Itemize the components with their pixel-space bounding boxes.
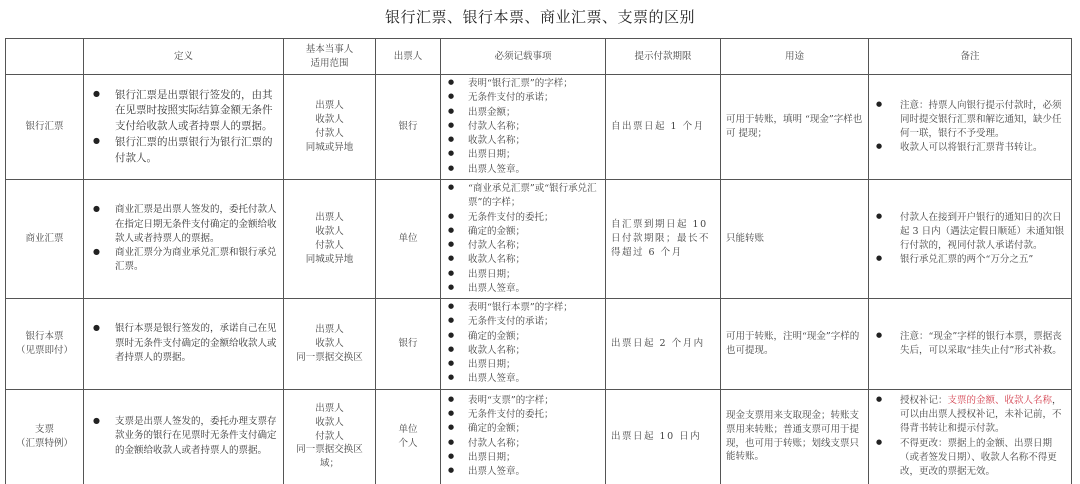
- required-item: 无条件支付的承诺；: [446, 315, 600, 329]
- required-item: 付款人名称；: [446, 239, 600, 253]
- header-drawer: 出票人: [376, 39, 441, 75]
- header-usage: 用途: [721, 39, 869, 75]
- table-row-commercial-draft: 商业汇票 商业汇票是出票人签发的，委托付款人在指定日期无条件支付确定的金额给收款…: [6, 180, 1072, 299]
- required-item: 出票日期；: [446, 451, 600, 465]
- period-cell: 出票日起 2 个月内: [606, 299, 721, 390]
- definition-item: 支票是出票人签发的，委托办理支票存款业务的银行在见票时无条件支付确定的金额给收款…: [89, 415, 278, 458]
- required-item: 收款人名称；: [446, 134, 600, 148]
- row-name-cell: 商业汇票: [6, 180, 84, 299]
- definition-cell: 支票是出票人签发的，委托办理支票存款业务的银行在见票时无条件支付确定的金额给收款…: [84, 389, 284, 484]
- required-item: 确定的金额；: [446, 422, 600, 436]
- definition-cell: 商业汇票是出票人签发的，委托付款人在指定日期无条件支付确定的金额给收款人或者持票…: [84, 180, 284, 299]
- required-cell: “商业承兑汇票”或“银行承兑汇票”的字样； 无条件支付的委托； 确定的金额； 付…: [441, 180, 606, 299]
- definition-item: 商业汇票分为商业承兑汇票和银行承兑汇票。: [89, 246, 278, 275]
- required-item: 出票金额；: [446, 106, 600, 120]
- table-row-cashier-check: 银行本票 （见票即付） 银行本票是银行签发的，承诺自己在见票时无条件支付确定的金…: [6, 299, 1072, 390]
- usage-cell: 可用于转账，填明 “现金”字样也可 提现；: [721, 75, 869, 180]
- table-row-bank-draft: 银行汇票 银行汇票是出票银行签发的，由其在见票时按照实际结算金额无条件支付给收款…: [6, 75, 1072, 180]
- required-item: 无条件支付的委托；: [446, 408, 600, 422]
- note-item: 收款人可以将银行汇票背书转让。: [874, 141, 1066, 155]
- parties-cell: 出票人 收款人 付款人 同一票据交换区域；: [284, 389, 376, 484]
- notes-cell: 授权补记：支票的金额、收款人名称，可以由出票人授权补记，未补记前，不得背书转让和…: [869, 389, 1072, 484]
- drawer-cell: 单位 个人: [376, 389, 441, 484]
- required-cell: 表明“银行汇票”的字样； 无条件支付的承诺； 出票金额； 付款人名称； 收款人名…: [441, 75, 606, 180]
- page-title: 银行汇票、银行本票、商业汇票、支票的区别: [0, 6, 1080, 27]
- note-item: 付款人在接到开户银行的通知日的次日起 3 日内（遇法定假日顺延）未通知银行付款的…: [874, 211, 1066, 254]
- definition-item: 商业汇票是出票人签发的，委托付款人在指定日期无条件支付确定的金额给收款人或者持票…: [89, 203, 278, 246]
- definition-item: 银行本票是银行签发的，承诺自己在见票时无条件支付确定的金额给收款人或者持票人的票…: [89, 322, 278, 365]
- required-item: 表明“支票”的字样；: [446, 394, 600, 408]
- row-name-cell: 银行本票 （见票即付）: [6, 299, 84, 390]
- required-item: 收款人名称；: [446, 344, 600, 358]
- usage-cell: 只能转账: [721, 180, 869, 299]
- required-item: 付款人名称；: [446, 437, 600, 451]
- notes-cell: 付款人在接到开户银行的通知日的次日起 3 日内（遇法定假日顺延）未通知银行付款的…: [869, 180, 1072, 299]
- period-cell: 自汇票到期日起 10 日付款期限；最长不得超过 6 个月: [606, 180, 721, 299]
- drawer-cell: 银行: [376, 299, 441, 390]
- period-cell: 出票日起 10 日内: [606, 389, 721, 484]
- comparison-table: 定义 基本当事人适用范围 出票人 必须记载事项 提示付款期限 用途 备注 银行汇…: [5, 38, 1072, 484]
- required-item: “商业承兑汇票”或“银行承兑汇票”的字样；: [446, 182, 600, 211]
- parties-cell: 出票人 收款人 同一票据交换区: [284, 299, 376, 390]
- required-item: 出票日期；: [446, 268, 600, 282]
- table-row-check: 支票 （汇票特例） 支票是出票人签发的，委托办理支票存款业务的银行在见票时无条件…: [6, 389, 1072, 484]
- parties-cell: 出票人 收款人 付款人 同城或异地: [284, 75, 376, 180]
- required-item: 表明“银行本票”的字样；: [446, 301, 600, 315]
- definition-cell: 银行汇票是出票银行签发的，由其在见票时按照实际结算金额无条件支付给收款人或者持票…: [84, 75, 284, 180]
- usage-cell: 可用于转账，注明“现金”字样的也可提现。: [721, 299, 869, 390]
- notes-cell: 注意：“现金”字样的银行本票，票据丧失后，可以采取“挂失止付”形式补救。: [869, 299, 1072, 390]
- required-item: 出票人签章。: [446, 372, 600, 386]
- required-item: 出票日期；: [446, 148, 600, 162]
- required-item: 出票人签章。: [446, 465, 600, 479]
- usage-cell: 现金支票用来支取现金；转账支票用来转账；普通支票可用于提现，也可用于转账；划线支…: [721, 389, 869, 484]
- required-item: 收款人名称；: [446, 253, 600, 267]
- required-item: 确定的金额；: [446, 330, 600, 344]
- note-item: 不得更改：票据上的金额、出票日期（或者签发日期）、收款人名称不得更改，更改的票据…: [874, 437, 1066, 480]
- required-item: 无条件支付的委托；: [446, 211, 600, 225]
- note-item: 授权补记：支票的金额、收款人名称，可以由出票人授权补记，未补记前，不得背书转让和…: [874, 394, 1066, 437]
- row-name-cell: 支票 （汇票特例）: [6, 389, 84, 484]
- required-item: 表明“银行汇票”的字样；: [446, 77, 600, 91]
- header-required: 必须记载事项: [441, 39, 606, 75]
- required-item: 付款人名称；: [446, 120, 600, 134]
- definition-item: 银行汇票是出票银行签发的，由其在见票时按照实际结算金额无条件支付给收款人或者持票…: [89, 88, 278, 135]
- header-parties: 基本当事人适用范围: [284, 39, 376, 75]
- drawer-cell: 单位: [376, 180, 441, 299]
- required-cell: 表明“支票”的字样； 无条件支付的委托； 确定的金额； 付款人名称； 出票日期；…: [441, 389, 606, 484]
- required-item: 无条件支付的承诺；: [446, 91, 600, 105]
- required-item: 确定的金额；: [446, 225, 600, 239]
- definition-cell: 银行本票是银行签发的，承诺自己在见票时无条件支付确定的金额给收款人或者持票人的票…: [84, 299, 284, 390]
- definition-item: 银行汇票的出票银行为银行汇票的付款人。: [89, 135, 278, 167]
- header-period: 提示付款期限: [606, 39, 721, 75]
- header-definition: 定义: [84, 39, 284, 75]
- note-item: 银行承兑汇票的两个“万分之五”: [874, 253, 1066, 267]
- notes-cell: 注意：持票人向银行提示付款时，必须同时提交银行汇票和解讫通知，缺少任何一联，银行…: [869, 75, 1072, 180]
- parties-cell: 出票人 收款人 付款人 同城或异地: [284, 180, 376, 299]
- required-item: 出票日期；: [446, 358, 600, 372]
- header-notes: 备注: [869, 39, 1072, 75]
- header-blank: [6, 39, 84, 75]
- required-item: 出票人签章。: [446, 163, 600, 177]
- header-row: 定义 基本当事人适用范围 出票人 必须记载事项 提示付款期限 用途 备注: [6, 39, 1072, 75]
- row-name-cell: 银行汇票: [6, 75, 84, 180]
- note-item: 注意：“现金”字样的银行本票，票据丧失后，可以采取“挂失止付”形式补救。: [874, 330, 1066, 359]
- required-cell: 表明“银行本票”的字样； 无条件支付的承诺； 确定的金额； 收款人名称； 出票日…: [441, 299, 606, 390]
- period-cell: 自出票日起 1 个月: [606, 75, 721, 180]
- highlighted-text: 支票的金额、收款人名称: [948, 395, 1053, 406]
- required-item: 出票人签章。: [446, 282, 600, 296]
- drawer-cell: 银行: [376, 75, 441, 180]
- note-item: 注意：持票人向银行提示付款时，必须同时提交银行汇票和解讫通知，缺少任何一联，银行…: [874, 99, 1066, 142]
